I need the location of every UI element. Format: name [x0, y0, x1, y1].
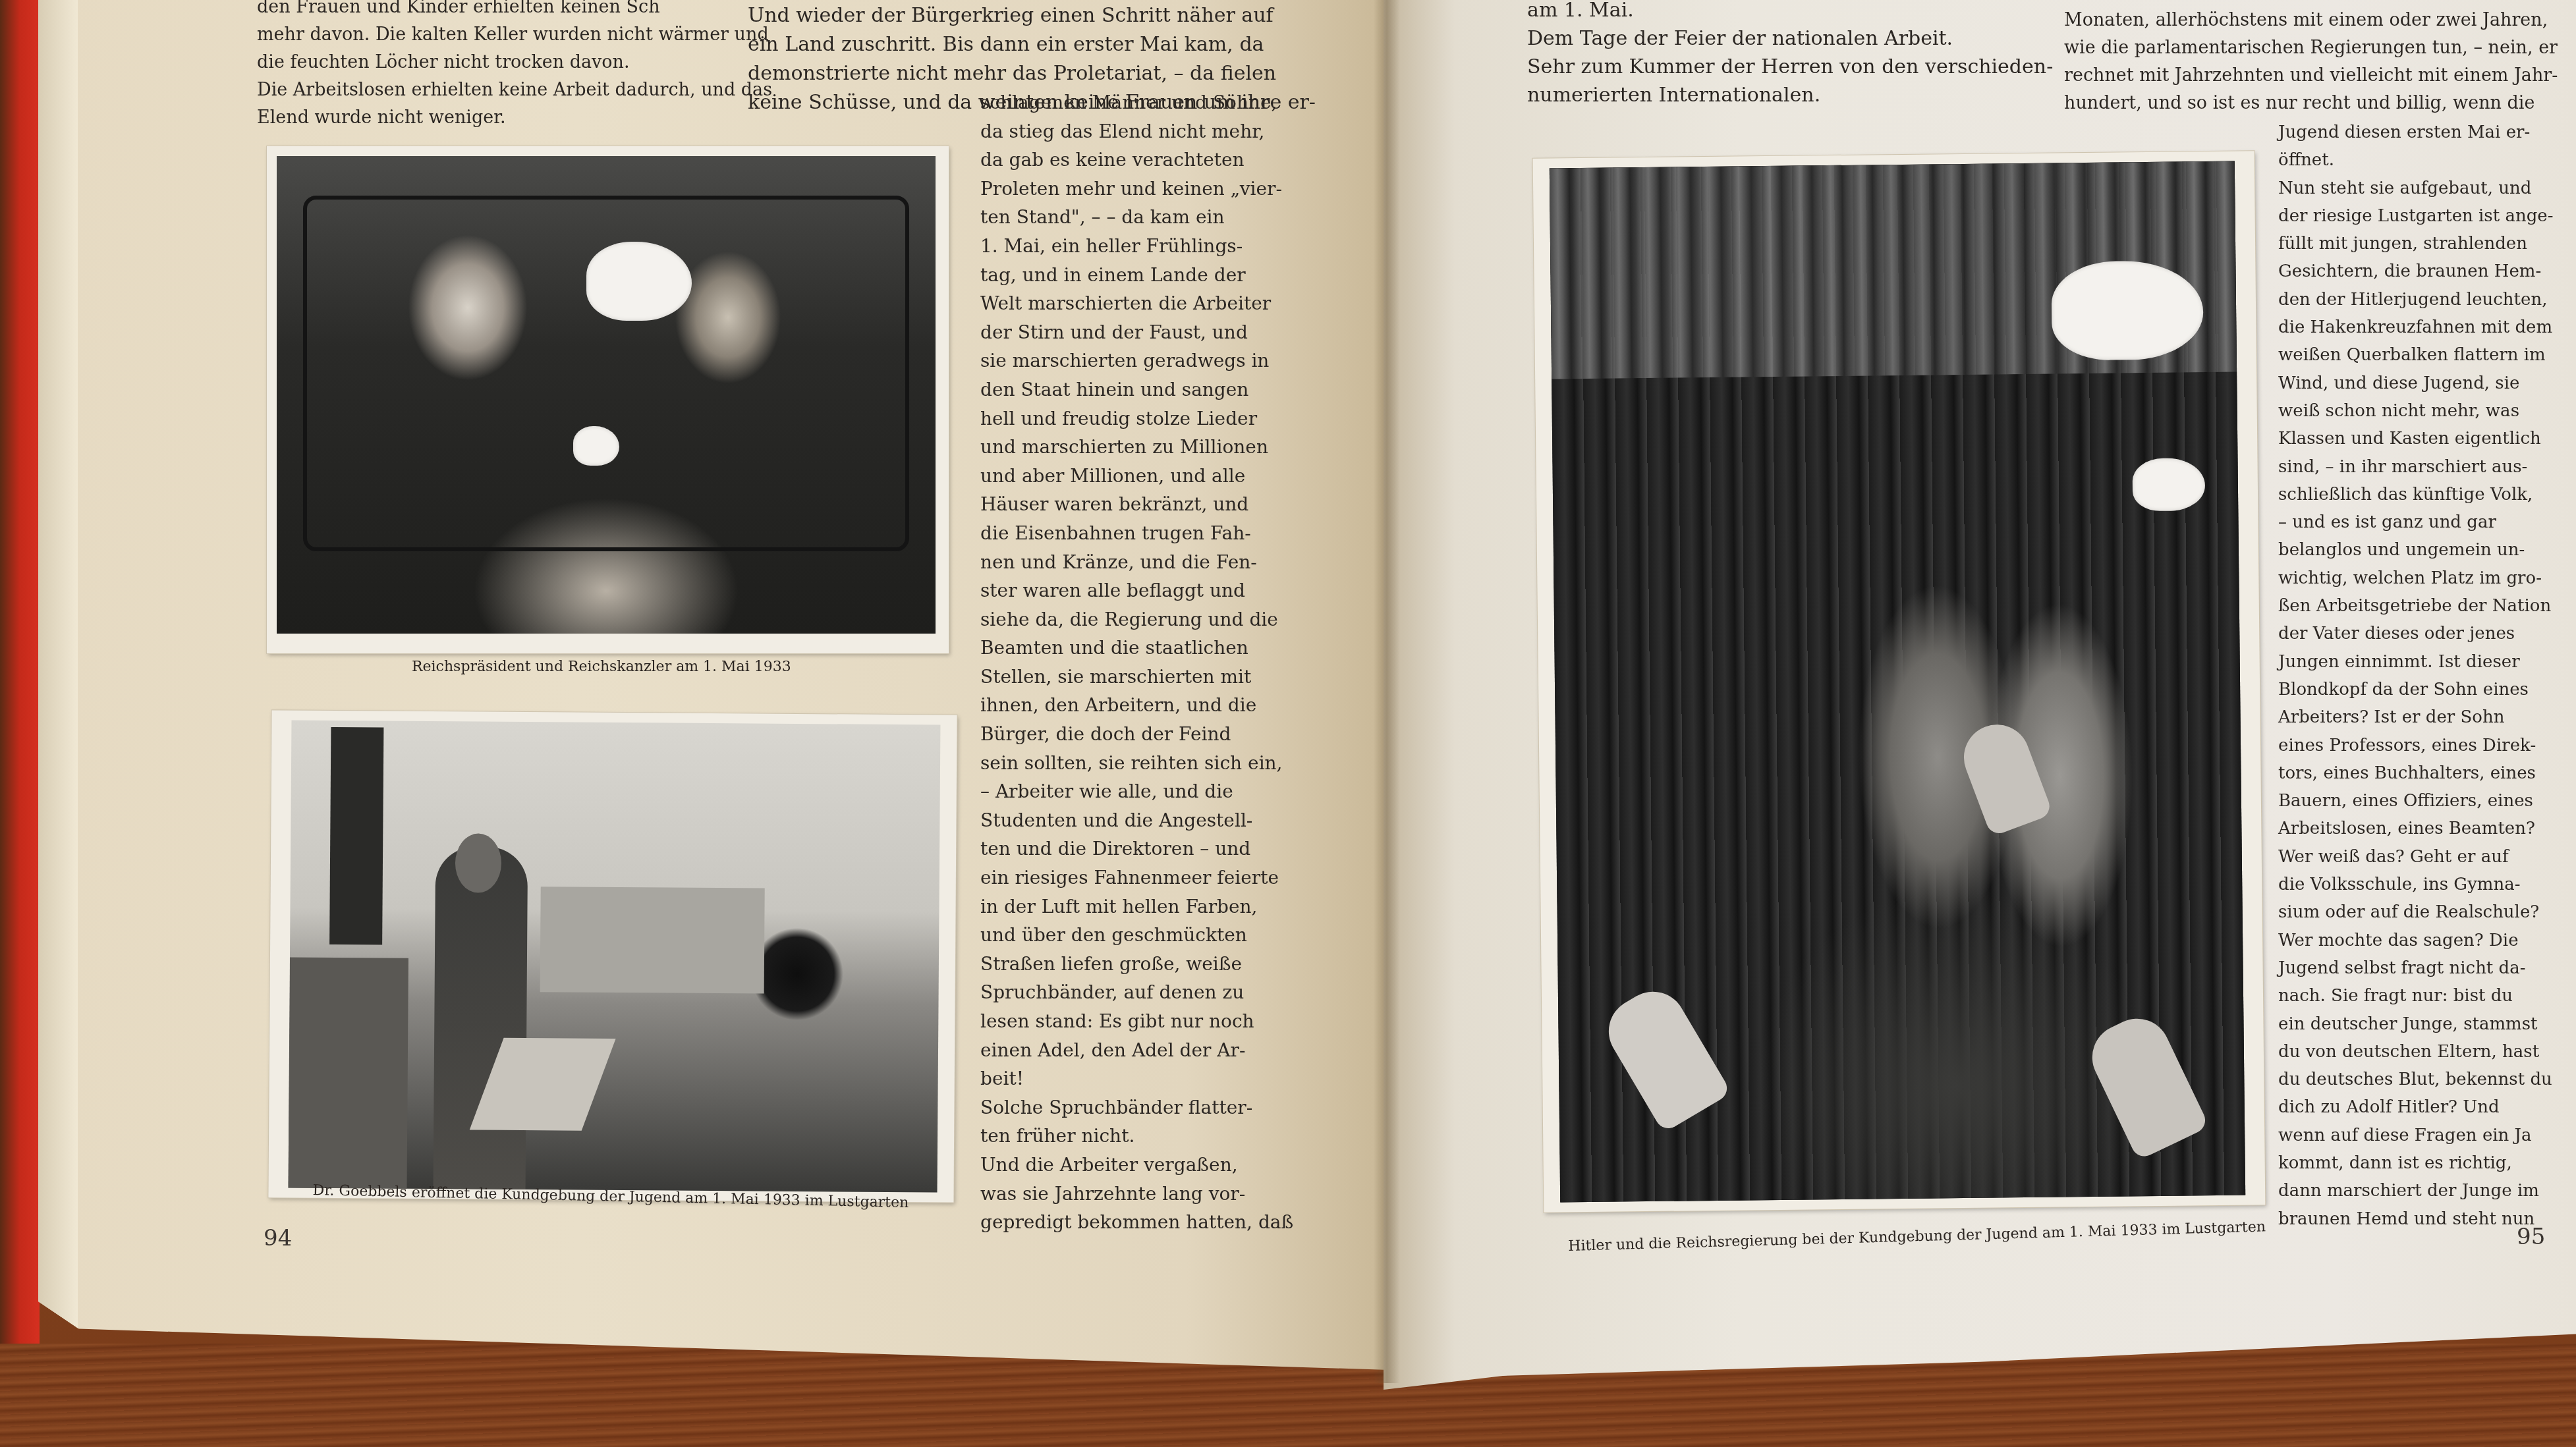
text-line: Jugend diesen ersten Mai er- — [2278, 119, 2542, 146]
page-number-right: 95 — [2517, 1224, 2545, 1250]
text-line: hundert, und so ist es nur recht und bil… — [2064, 90, 2538, 117]
text-line: eines Professors, eines Direk- — [2278, 732, 2542, 759]
text-line: Beamten und die staatlichen — [980, 634, 1257, 663]
right-page-text-column: Jugend diesen ersten Mai er- öffnet. Nun… — [2278, 119, 2542, 1233]
text-line: – und es ist ganz und gar — [2278, 508, 2542, 536]
text-line: tag, und in einem Lande der — [980, 261, 1257, 290]
text-line: ein riesiges Fahnenmeer feierte — [980, 863, 1257, 892]
text-line: belanglos und ungemein un- — [2278, 536, 2542, 564]
text-line: Bürger, die doch der Feind — [980, 720, 1257, 749]
text-line: die feuchten Löcher nicht trocken davon. — [257, 49, 725, 76]
text-line: – Arbeiter wie alle, und die — [980, 777, 1257, 806]
text-line: Solche Spruchbänder flatter- — [980, 1093, 1257, 1122]
text-line: da stieg das Elend nicht mehr, — [980, 117, 1257, 146]
text-line: demonstrierte nicht mehr das Proletariat… — [748, 59, 1268, 88]
retouch-patch — [586, 242, 692, 321]
text-line: ten früher nicht. — [980, 1122, 1257, 1151]
text-line: rechnet mit Jahrzehnten und vielleicht m… — [2064, 62, 2538, 90]
left-page-text-column: schlagenen Männer und Söhne, da stieg da… — [980, 88, 1257, 1237]
text-line: numerierten Internationalen. — [1527, 81, 2054, 109]
text-line: weiß schon nicht mehr, was — [2278, 397, 2542, 425]
text-line: du von deutschen Eltern, hast — [2278, 1038, 2542, 1066]
text-line: Studenten und die Angestell- — [980, 806, 1257, 835]
text-line: sium oder auf die Realschule? — [2278, 898, 2542, 926]
text-line: die Eisenbahnen trugen Fah- — [980, 519, 1257, 548]
text-line: wichtig, welchen Platz im gro- — [2278, 564, 2542, 592]
text-line: hell und freudig stolze Lieder — [980, 404, 1257, 433]
text-line: den der Hitlerjugend leuchten, — [2278, 286, 2542, 314]
text-line: am 1. Mai. — [1527, 0, 2054, 24]
text-line: wenn auf diese Fragen ein Ja — [2278, 1122, 2542, 1149]
text-line: den Staat hinein und sangen — [980, 375, 1257, 404]
text-line: sein sollten, sie reihten sich ein, — [980, 749, 1257, 778]
text-line: füllt mit jungen, strahlenden — [2278, 230, 2542, 258]
text-line: was sie Jahrzehnte lang vor- — [980, 1180, 1257, 1209]
text-line: beit! — [980, 1064, 1257, 1093]
text-line: mehr davon. Die kalten Keller wurden nic… — [257, 21, 725, 49]
text-line: Bauern, eines Offiziers, eines — [2278, 787, 2542, 815]
text-line: ßen Arbeitsgetriebe der Nation — [2278, 592, 2542, 620]
text-line: der riesige Lustgarten ist ange- — [2278, 202, 2542, 230]
text-line: schließlich das künftige Volk, — [2278, 481, 2542, 508]
text-line: ein deutscher Junge, stammst — [2278, 1010, 2542, 1038]
text-line: der Vater dieses oder jenes — [2278, 620, 2542, 647]
text-line: Stellen, sie marschierten mit — [980, 663, 1257, 692]
text-line: sie marschierten geradwegs in — [980, 346, 1257, 375]
text-line: ten und die Direktoren – und — [980, 834, 1257, 863]
text-line: sind, – in ihr marschiert aus- — [2278, 453, 2542, 481]
page-stack-edge — [38, 0, 78, 1370]
retouch-patch — [2132, 458, 2205, 511]
text-line: wie die parlamentarischen Regierungen tu… — [2064, 34, 2538, 62]
photo-reichsprasident-car — [267, 146, 949, 653]
text-line: schlagenen Männer und Söhne, — [980, 88, 1257, 117]
photo-kundgebung-lustgarten — [1533, 151, 2266, 1212]
text-line: dann marschiert der Junge im — [2278, 1177, 2542, 1205]
text-line: dich zu Adolf Hitler? Und — [2278, 1093, 2542, 1121]
text-line: einen Adel, den Adel der Ar- — [980, 1036, 1257, 1065]
photo-image-rally — [1550, 161, 2245, 1203]
photo-image-speech — [289, 721, 941, 1193]
text-line: Jungen einnimmt. Ist dieser — [2278, 648, 2542, 676]
text-line: die Volksschule, ins Gymna- — [2278, 871, 2542, 898]
text-line: braunen Hemd und steht nun — [2278, 1205, 2542, 1233]
red-book-cover-edge — [0, 0, 40, 1344]
book-gutter — [1374, 0, 1400, 1383]
text-line: tors, eines Buchhalters, eines — [2278, 759, 2542, 787]
text-line: Arbeitslosen, eines Beamten? — [2278, 815, 2542, 842]
text-line: und über den geschmückten — [980, 921, 1257, 950]
text-line: siehe da, die Regierung und die — [980, 605, 1257, 634]
text-line: weißen Querbalken flattern im — [2278, 341, 2542, 369]
text-line: du deutsches Blut, bekennst du — [2278, 1066, 2542, 1093]
text-line: öffnet. — [2278, 146, 2542, 174]
text-line: 1. Mai, ein heller Frühlings- — [980, 232, 1257, 261]
text-line: Welt marschierten die Arbeiter — [980, 289, 1257, 318]
text-line: Proleten mehr und keinen „vier- — [980, 175, 1257, 204]
text-line: ster waren alle beflaggt und — [980, 576, 1257, 605]
text-line: Dem Tage der Feier der nationalen Arbeit… — [1527, 24, 2054, 53]
text-line: kommt, dann ist es richtig, — [2278, 1149, 2542, 1177]
text-line: Arbeiters? Ist er der Sohn — [2278, 703, 2542, 731]
text-line: Sehr zum Kummer der Herren von den versc… — [1527, 53, 2054, 81]
text-line: Die Arbeitslosen erhielten keine Arbeit … — [257, 76, 725, 104]
retouch-patch — [573, 426, 619, 466]
text-line: den Frauen und Kinder erhielten keinen S… — [257, 0, 725, 21]
text-line: Spruchbänder, auf denen zu — [980, 978, 1257, 1007]
right-page-text-top-right: Monaten, allerhöchstens mit einem oder z… — [2064, 0, 2538, 117]
left-page-text-top-left: den Frauen und Kinder erhielten keinen S… — [257, 0, 725, 132]
text-line: Klassen und Kasten eigentlich — [2278, 425, 2542, 452]
text-line: ten Stand", – – da kam ein — [980, 203, 1257, 232]
text-line: Gesichtern, die braunen Hem- — [2278, 258, 2542, 285]
photo-image-car — [277, 156, 936, 634]
text-line: in der Luft mit hellen Farben, — [980, 892, 1257, 921]
text-line: Blondkopf da der Sohn eines — [2278, 676, 2542, 703]
text-line: Wer mochte das sagen? Die — [2278, 927, 2542, 954]
text-line: Nun steht sie aufgebaut, und — [2278, 175, 2542, 202]
text-line: Wer weiß das? Geht er auf — [2278, 843, 2542, 871]
photo-goebbels-speech — [268, 710, 957, 1202]
text-line: lesen stand: Es gibt nur noch — [980, 1007, 1257, 1036]
text-line: Monaten, allerhöchstens mit einem oder z… — [2064, 7, 2538, 34]
text-line: nach. Sie fragt nur: bist du — [2278, 982, 2542, 1010]
text-line: da gab es keine verachteten — [980, 146, 1257, 175]
text-line: Straßen liefen große, weiße — [980, 950, 1257, 979]
photo-caption-1: Reichspräsident und Reichskanzler am 1. … — [412, 659, 791, 675]
text-line: und aber Millionen, und alle — [980, 462, 1257, 491]
text-line: ein Land zuschritt. Bis dann ein erster … — [748, 30, 1268, 59]
text-line: gepredigt bekommen hatten, daß — [980, 1208, 1257, 1237]
page-number-left: 94 — [264, 1225, 292, 1251]
text-line: die Hakenkreuzfahnen mit dem — [2278, 314, 2542, 341]
text-line: ihnen, den Arbeitern, und die — [980, 691, 1257, 720]
text-line: Elend wurde nicht weniger. — [257, 104, 725, 132]
text-line: der Stirn und der Faust, und — [980, 318, 1257, 347]
text-line: Häuser waren bekränzt, und — [980, 490, 1257, 519]
text-line: Und die Arbeiter vergaßen, — [980, 1151, 1257, 1180]
text-line: nen und Kränze, und die Fen- — [980, 548, 1257, 577]
text-line: Und wieder der Bürgerkrieg einen Schritt… — [748, 1, 1268, 30]
text-line: Wind, und diese Jugend, sie — [2278, 369, 2542, 397]
text-line: Jugend selbst fragt nicht da- — [2278, 954, 2542, 982]
right-page-text-top-left: am 1. Mai. Dem Tage der Feier der nation… — [1527, 0, 2054, 109]
text-line: und marschierten zu Millionen — [980, 433, 1257, 462]
